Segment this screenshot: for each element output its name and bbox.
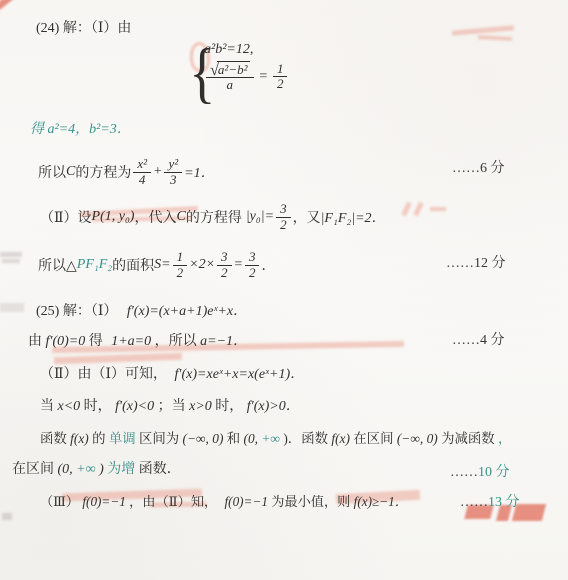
margin-smudge: [0, 303, 24, 312]
fraction-y2-3: y² 3: [164, 157, 182, 186]
fraction-1-2: 1 2: [173, 250, 188, 279]
ellipse-equation-line: 所以 C 的方程为 x² 4 + y² 3 =1．: [38, 150, 215, 194]
part2-derivative-line: （Ⅱ）由（Ⅰ）可知， f′(x)=xeˣ+x=x(eˣ+1)．: [40, 363, 304, 383]
radical-sign: √: [210, 62, 219, 78]
fraction-3-2: 3 2: [245, 250, 260, 279]
problem24-header: (24) 解：（Ⅰ）由: [36, 17, 131, 37]
fraction-x2-4: x² 4: [133, 157, 151, 186]
margin-smudge: [0, 252, 22, 257]
score-6: ……6 分: [452, 157, 505, 177]
equation-system: a²b²=12, √ a²−b² a = 1 2: [204, 42, 289, 92]
monotonic-intervals-line: 函数 f(x) 的 单调 区间为 (−∞, 0) 和 (0, +∞ )．函数 f…: [40, 428, 511, 447]
fraction-one-half: 1 2: [273, 62, 288, 91]
ink-bleed-mark: [0, 0, 17, 10]
margin-smudge: [2, 259, 20, 263]
derivative-zero-line: 由 f′(0)=0 得 1+a=0 ，所以 a=−1．: [28, 330, 247, 350]
sign-analysis-line: 当 x<0 时， f′(x)<0 ；当 x>0 时， f′(x)>0．: [40, 395, 300, 415]
equation-a2b2: a²b²=12,: [204, 42, 289, 58]
problem25-header: (25) 解：（Ⅰ） f′(x)=(x+a+1)eˣ+x．: [36, 300, 247, 320]
margin-smudge: [2, 513, 12, 520]
score-4: ……4 分: [452, 329, 505, 349]
ink-bleed-mark: [452, 25, 514, 35]
score-13: ……13 分: [460, 491, 520, 511]
fraction-3-2: 3 2: [276, 202, 291, 231]
score-10: ……10 分: [450, 461, 510, 481]
score-12: ……12 分: [446, 252, 506, 272]
fraction-3-2: 3 2: [217, 250, 232, 279]
ink-bleed-mark: [478, 35, 512, 41]
increasing-interval-line: 在区间 (0, +∞ ) 为增 函数．: [12, 458, 181, 478]
scanned-solution-page: (24) 解：（Ⅰ）由 { a²b²=12, √ a²−b² a = 1 2 得…: [0, 0, 568, 580]
part2-substitute-line: （Ⅱ）设 P(1, y₀) ，代入 C 的方程得 |y₀|= 3 2 ，又 |F…: [40, 202, 386, 232]
minimum-value-line: （Ⅲ） f(0)=−1 ，由（Ⅱ）知， f(0)=−1 为最小值，则 f(x)≥…: [40, 491, 408, 510]
ink-bleed-mark: [413, 202, 423, 217]
ink-bleed-mark: [401, 202, 411, 217]
equals-sign: =: [259, 69, 268, 85]
triangle-area-line: 所以△ PF₁F₂ 的面积 S= 1 2 ×2× 3 2 = 3 2 ．: [38, 246, 275, 284]
fraction-sqrt-over-a: √ a²−b² a: [206, 61, 254, 92]
ink-bleed-mark: [430, 207, 446, 211]
equation-eccentricity: √ a²−b² a = 1 2: [204, 61, 289, 92]
result-a2-b2: 得 a²=4，b²=3．: [30, 118, 131, 138]
